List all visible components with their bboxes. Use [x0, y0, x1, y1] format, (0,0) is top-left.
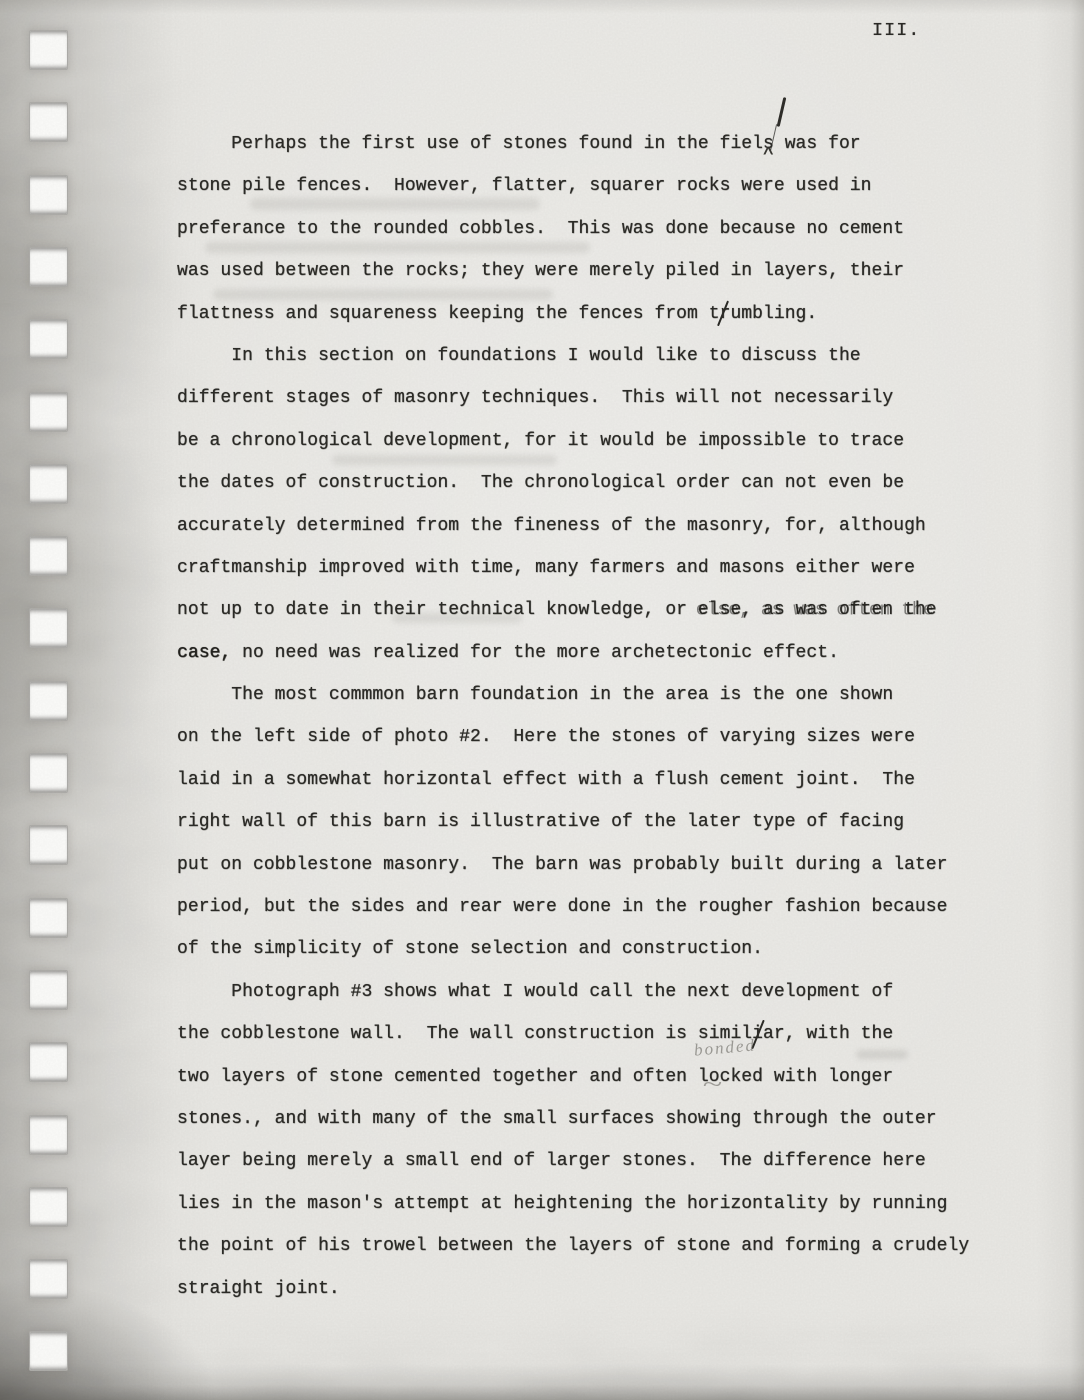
binding-hole: [29, 898, 68, 938]
page-number: III.: [872, 20, 920, 41]
typed-line: different stages of masonry techniques. …: [177, 377, 969, 419]
typed-line: on the left side of photo #2. Here the s…: [177, 716, 969, 758]
typed-line: straight joint.: [177, 1268, 969, 1310]
insertion-caret: ^: [763, 147, 774, 164]
typed-line: the dates of construction. The chronolog…: [177, 462, 969, 504]
scanned-typewritten-page: III. Perhaps the first use of stones fou…: [0, 0, 1084, 1400]
typed-line: layer being merely a small end of larger…: [177, 1140, 969, 1182]
overstrike-else: else,: [696, 590, 750, 632]
binding-hole: [29, 175, 68, 215]
binding-hole: [29, 1187, 68, 1227]
binding-hole: [29, 1331, 68, 1371]
binding-hole: [29, 681, 68, 721]
overstrike-phrase: as was often the: [761, 590, 934, 632]
bottom-edge-mottle-texture: [0, 1305, 1084, 1400]
typed-line: the cobblestone wall. The wall construct…: [177, 1013, 969, 1055]
binding-hole: [29, 392, 68, 432]
binding-hole: [29, 825, 68, 865]
typed-line: Perhaps the first use of stones found in…: [177, 123, 969, 165]
typed-line: period, but the sides and rear were done…: [177, 886, 969, 928]
typed-line: be a chronological development, for it w…: [177, 420, 969, 462]
typed-line: preferance to the rounded cobbles. This …: [177, 208, 969, 250]
typed-line: In this section on foundations I would l…: [177, 335, 969, 377]
typed-line: two layers of stone cemented together an…: [177, 1056, 969, 1098]
overstrike-case: case,: [178, 633, 232, 675]
typed-line: case, no need was realized for the more …: [177, 632, 969, 674]
typed-line: craftmanship improved with time, many fa…: [177, 547, 969, 589]
binding-hole: [29, 1042, 68, 1082]
typed-line: put on cobblestone masonry. The barn was…: [177, 844, 969, 886]
pencil-squiggle-under-locked: ~: [703, 1072, 722, 1099]
typed-text-block: Perhaps the first use of stones found in…: [177, 123, 969, 1310]
binding-hole: [29, 536, 68, 576]
typed-line: The most commmon barn foundation in the …: [177, 674, 969, 716]
binding-hole: [29, 319, 68, 359]
typed-line: stones., and with many of the small surf…: [177, 1098, 969, 1140]
binding-hole: [29, 102, 68, 142]
typed-line: of the simplicity of stone selection and…: [177, 928, 969, 970]
typed-line: the point of his trowel between the laye…: [177, 1225, 969, 1267]
binding-hole: [29, 1259, 68, 1299]
binding-hole: [29, 753, 68, 793]
typed-line: stone pile fences. However, flatter, squ…: [177, 165, 969, 207]
binding-hole: [29, 464, 68, 504]
binding-hole: [29, 970, 68, 1010]
typed-line: accurately determined from the fineness …: [177, 505, 969, 547]
typed-line: flattness and squareness keeping the fen…: [177, 293, 969, 335]
typed-line: laid in a somewhat horizontal effect wit…: [177, 759, 969, 801]
typed-line: was used between the rocks; they were me…: [177, 250, 969, 292]
binding-hole: [29, 30, 68, 70]
binding-hole: [29, 608, 68, 648]
typed-line: Photograph #3 shows what I would call th…: [177, 971, 969, 1013]
typed-line: lies in the mason's attempt at heighteni…: [177, 1183, 969, 1225]
binding-hole: [29, 1115, 68, 1155]
typed-line: right wall of this barn is illustrative …: [177, 801, 969, 843]
binding-hole: [29, 247, 68, 287]
